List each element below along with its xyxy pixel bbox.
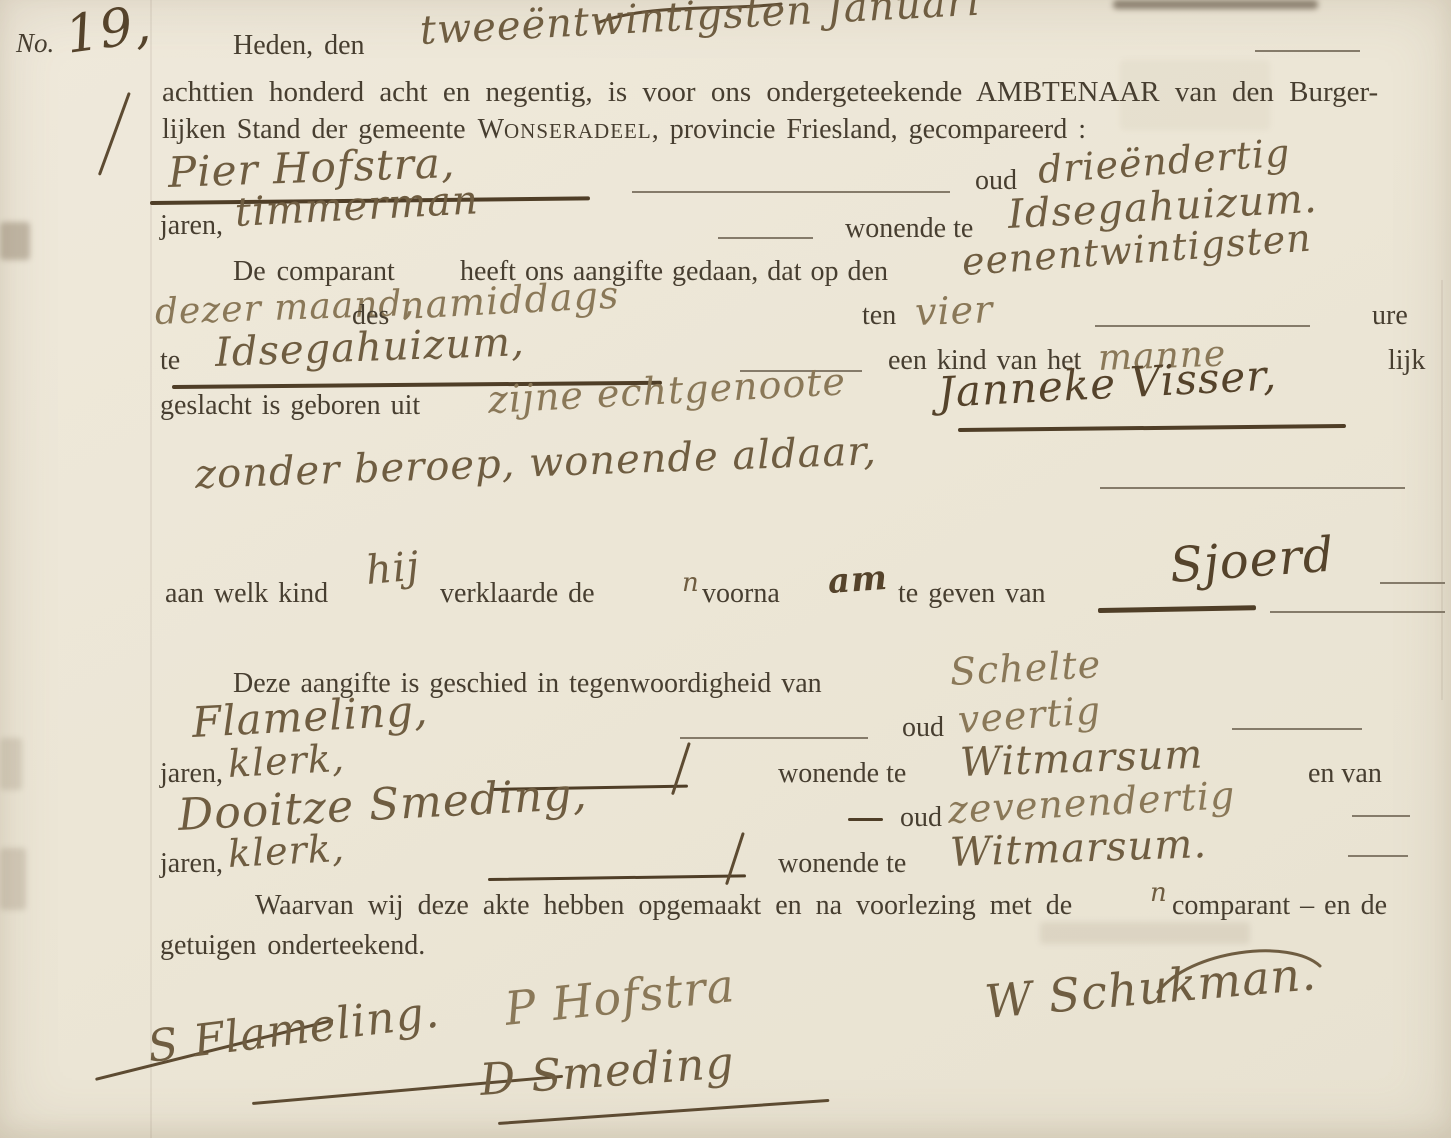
bleedthrough-text-ghost bbox=[1040, 922, 1250, 944]
hand-underline bbox=[1098, 605, 1256, 613]
printed-wonende-te: wonende te bbox=[778, 758, 906, 790]
printed-te: te bbox=[160, 345, 180, 377]
pen-flourish bbox=[98, 92, 131, 176]
printed-jaren: jaren, bbox=[160, 848, 223, 880]
hand-witness2-residence: Witmarsum. bbox=[949, 821, 1208, 876]
blank-rule bbox=[1270, 611, 1445, 613]
blank-rule bbox=[1255, 50, 1360, 52]
printed-gemeente-line: lijken Stand der gemeente WONSERADEEL, p… bbox=[162, 114, 1086, 146]
hand-dash bbox=[848, 818, 883, 821]
gemeente-initial: W bbox=[478, 114, 504, 145]
blank-rule bbox=[1380, 582, 1445, 584]
act-number-label: No. bbox=[16, 28, 54, 59]
hand-am: am bbox=[827, 558, 890, 602]
hand-n-superscript: n bbox=[1150, 878, 1168, 908]
hand-witness1-occupation: klerk, bbox=[227, 736, 346, 786]
printed-ure: ure bbox=[1372, 300, 1408, 332]
hand-mother-occupation: zonder beroep, wonende aldaar, bbox=[194, 428, 877, 498]
blank-rule bbox=[1095, 325, 1310, 327]
printed-year-line: achttien honderd acht en negentig, is vo… bbox=[162, 76, 1378, 109]
printed-ten: ten bbox=[862, 300, 896, 332]
printed-lijk: lijk bbox=[1388, 345, 1425, 377]
signature-witness2: D Smeding bbox=[478, 1037, 736, 1106]
printed-closing-1: Waarvan wij deze akte hebben opgemaakt e… bbox=[255, 890, 1072, 922]
blank-rule bbox=[680, 737, 868, 739]
blank-rule bbox=[1352, 815, 1410, 817]
bleedthrough-mark bbox=[0, 222, 30, 260]
hand-birthplace: Idsegahuizum, bbox=[214, 319, 525, 376]
blank-rule bbox=[1348, 855, 1408, 857]
printed-te-geven-van: te geven van bbox=[898, 578, 1046, 610]
act-number-value: 19, bbox=[62, 0, 155, 66]
printed-de-comparant: De comparant bbox=[233, 256, 395, 288]
hand-underline bbox=[958, 424, 1346, 432]
page-fold-line bbox=[150, 0, 152, 1138]
printed-wonende-te: wonende te bbox=[778, 848, 906, 880]
hand-hour: vier bbox=[914, 287, 994, 334]
blank-rule bbox=[1100, 487, 1405, 489]
signature-witness1: S Flameling. bbox=[145, 986, 442, 1072]
blank-rule bbox=[718, 237, 813, 239]
printed-verklaarde-de: verklaarde de bbox=[440, 578, 595, 610]
bleedthrough-mark bbox=[0, 848, 26, 910]
printed-closing-3: getuigen onderteekend. bbox=[160, 930, 425, 962]
printed-heden-den: Heden, den bbox=[233, 30, 365, 62]
printed-jaren: jaren, bbox=[160, 758, 223, 790]
hand-mother-relation: zijne echtgenoote bbox=[487, 359, 847, 422]
printed-wonende-te: wonende te bbox=[845, 213, 973, 245]
birth-record-scan: No. 19, Heden, den tweeëntwintigsten Jan… bbox=[0, 0, 1451, 1138]
printed-oud: oud bbox=[900, 802, 942, 834]
hand-witness1-age: veertig bbox=[956, 688, 1102, 742]
paper-edge-line bbox=[1441, 280, 1443, 700]
hand-witness1-firstname: Schelte bbox=[949, 642, 1102, 694]
bleedthrough-mark bbox=[1113, 0, 1318, 9]
blank-rule bbox=[1232, 728, 1362, 730]
signature-father: P Hofstra bbox=[502, 958, 737, 1036]
hand-underline bbox=[488, 874, 746, 881]
hand-hij: hij bbox=[364, 543, 422, 594]
printed-voorna: voorna bbox=[702, 578, 780, 610]
hand-n-superscript: n bbox=[682, 568, 700, 598]
signature-underline bbox=[498, 1099, 829, 1125]
printed-gemeente-post: , provincie Friesland, gecompareerd : bbox=[652, 114, 1086, 145]
printed-geslacht: geslacht is geboren uit bbox=[160, 390, 420, 422]
printed-en-van: en van bbox=[1308, 758, 1382, 790]
hand-child-name: Sjoerd bbox=[1168, 527, 1336, 594]
printed-aan-welk-kind: aan welk kind bbox=[165, 578, 328, 610]
bleedthrough-mark bbox=[0, 738, 22, 790]
blank-rule bbox=[632, 191, 950, 193]
gemeente-smallcaps: ONSERADEEL bbox=[504, 119, 652, 143]
printed-closing-2: comparant – en de bbox=[1172, 890, 1387, 922]
hand-date: tweeëntwintigsten Januari bbox=[419, 0, 982, 54]
printed-oud: oud bbox=[902, 712, 944, 744]
hand-witness2-occupation: klerk, bbox=[227, 826, 346, 876]
printed-jaren: jaren, bbox=[160, 210, 223, 242]
